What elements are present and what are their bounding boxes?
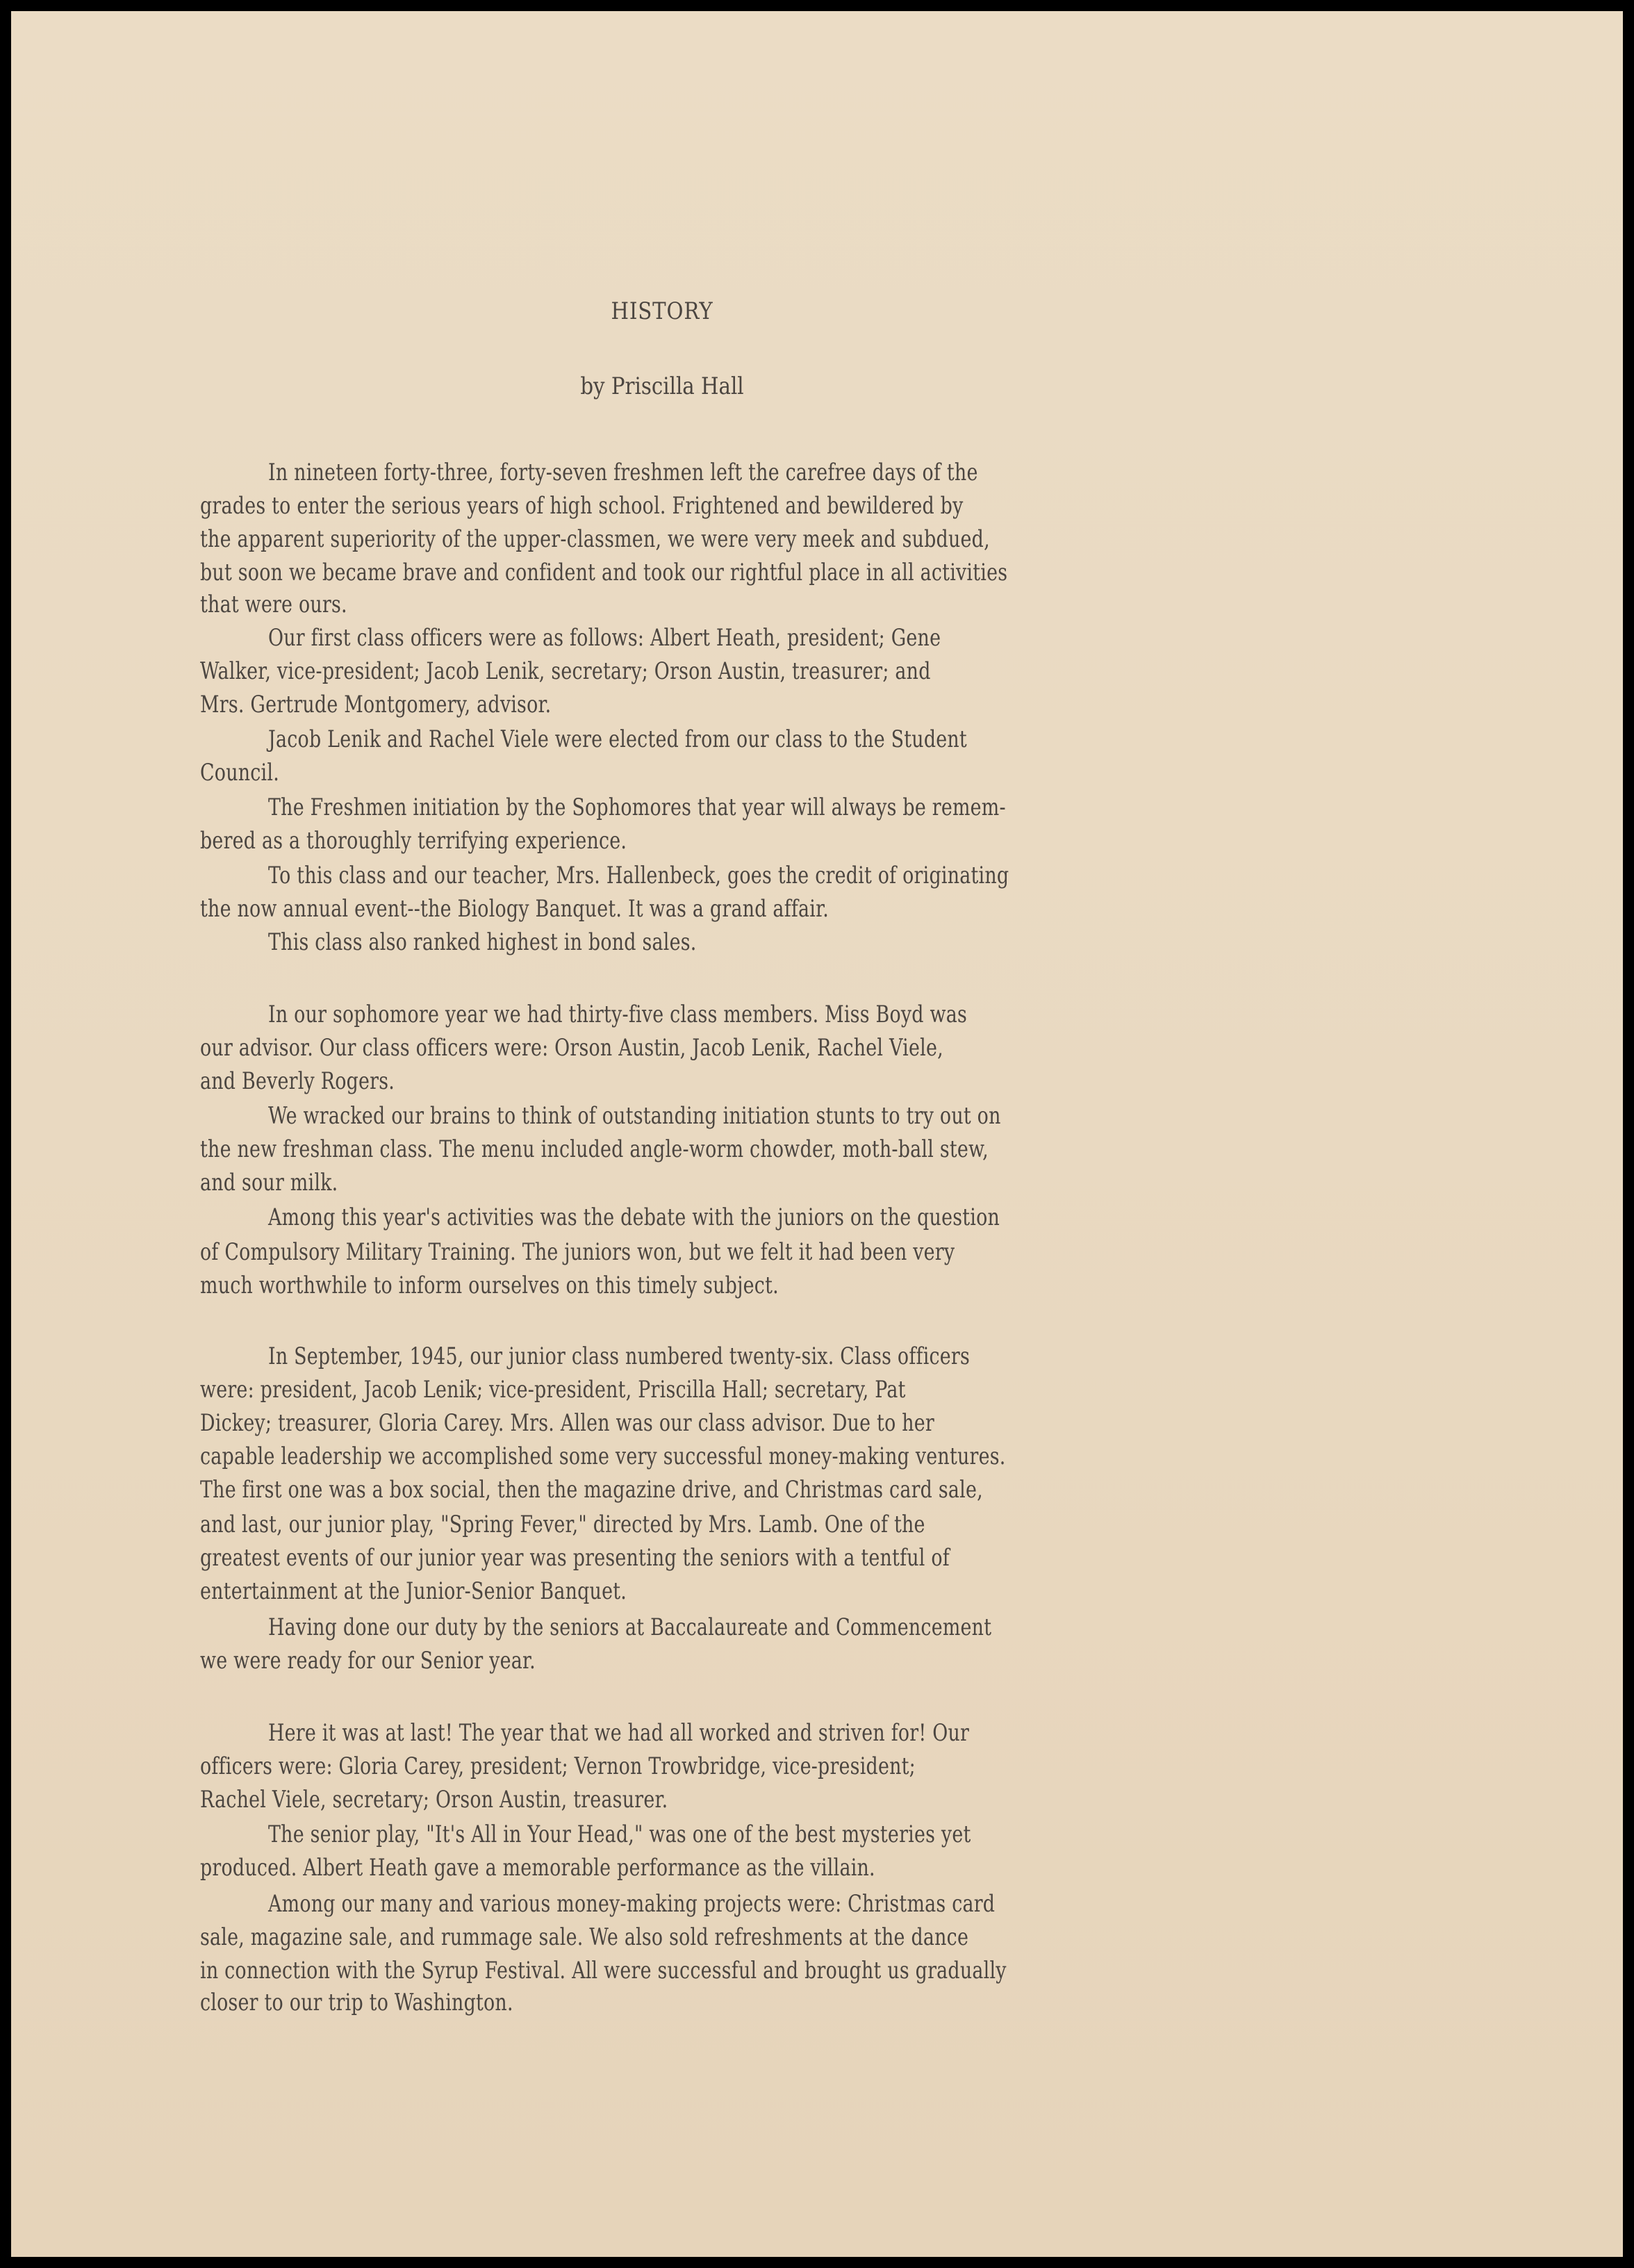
text-line: greatest events of our junior year was p… xyxy=(200,1541,950,1575)
text-line: Mrs. Gertrude Montgomery, advisor. xyxy=(200,688,551,721)
text-line: The first one was a box social, then the… xyxy=(200,1473,983,1506)
text-line: Having done our duty by the seniors at B… xyxy=(268,1611,991,1644)
text-line: the now annual event--the Biology Banque… xyxy=(200,892,829,926)
document-title: HISTORY xyxy=(265,297,1059,325)
document-page: HISTORY by Priscilla Hall In nineteen fo… xyxy=(11,11,1623,2257)
text-line: The senior play, "It's All in Your Head,… xyxy=(268,1818,971,1851)
text-line: in connection with the Syrup Festival. A… xyxy=(200,1954,1007,1987)
text-line: but soon we became brave and confident a… xyxy=(200,556,1007,589)
text-line: Jacob Lenik and Rachel Viele were electe… xyxy=(268,723,967,756)
text-line: grades to enter the serious years of hig… xyxy=(200,489,964,523)
text-line: Among our many and various money-making … xyxy=(268,1887,995,1921)
text-line: capable leadership we accomplished some … xyxy=(200,1440,1006,1473)
text-line: that were ours. xyxy=(200,588,347,621)
text-line: produced. Albert Heath gave a memorable … xyxy=(200,1851,875,1884)
text-line: Rachel Viele, secretary; Orson Austin, t… xyxy=(200,1783,668,1816)
text-line: closer to our trip to Washington. xyxy=(200,1986,513,2019)
text-line: the new freshman class. The menu include… xyxy=(200,1133,989,1166)
text-line: In September, 1945, our junior class num… xyxy=(268,1340,970,1373)
text-line: and sour milk. xyxy=(200,1166,338,1199)
text-line: This class also ranked highest in bond s… xyxy=(268,926,697,959)
text-line: were: president, Jacob Lenik; vice-presi… xyxy=(200,1373,906,1406)
text-line: our advisor. Our class officers were: Or… xyxy=(200,1031,943,1065)
text-line: Our first class officers were as follows… xyxy=(268,621,941,655)
text-line: Walker, vice-president; Jacob Lenik, sec… xyxy=(200,655,931,688)
text-line: and Beverly Rogers. xyxy=(200,1065,395,1098)
text-line: entertainment at the Junior-Senior Banqu… xyxy=(200,1575,627,1608)
text-line: of Compulsory Military Training. The jun… xyxy=(200,1235,955,1269)
text-line: The Freshmen initiation by the Sophomore… xyxy=(268,791,1006,824)
text-line: Among this year's activities was the deb… xyxy=(268,1201,1000,1234)
text-line: Dickey; treasurer, Gloria Carey. Mrs. Al… xyxy=(200,1406,934,1440)
text-line: Council. xyxy=(200,756,279,789)
text-line: sale, magazine sale, and rummage sale. W… xyxy=(200,1921,968,1954)
text-line: the apparent superiority of the upper-cl… xyxy=(200,523,990,556)
text-line: In nineteen forty-three, forty-seven fre… xyxy=(268,456,978,489)
text-line: In our sophomore year we had thirty-five… xyxy=(268,998,967,1031)
text-line: bered as a thoroughly terrifying experie… xyxy=(200,824,627,857)
text-line: officers were: Gloria Carey, president; … xyxy=(200,1750,916,1783)
text-line: much worthwhile to inform ourselves on t… xyxy=(200,1269,779,1302)
text-line: and last, our junior play, "Spring Fever… xyxy=(200,1508,925,1541)
text-line: We wracked our brains to think of outsta… xyxy=(268,1099,1001,1133)
text-line: we were ready for our Senior year. xyxy=(200,1644,536,1677)
text-line: To this class and our teacher, Mrs. Hall… xyxy=(268,859,1009,892)
document-byline: by Priscilla Hall xyxy=(265,372,1059,400)
text-line: Here it was at last! The year that we ha… xyxy=(268,1716,969,1750)
